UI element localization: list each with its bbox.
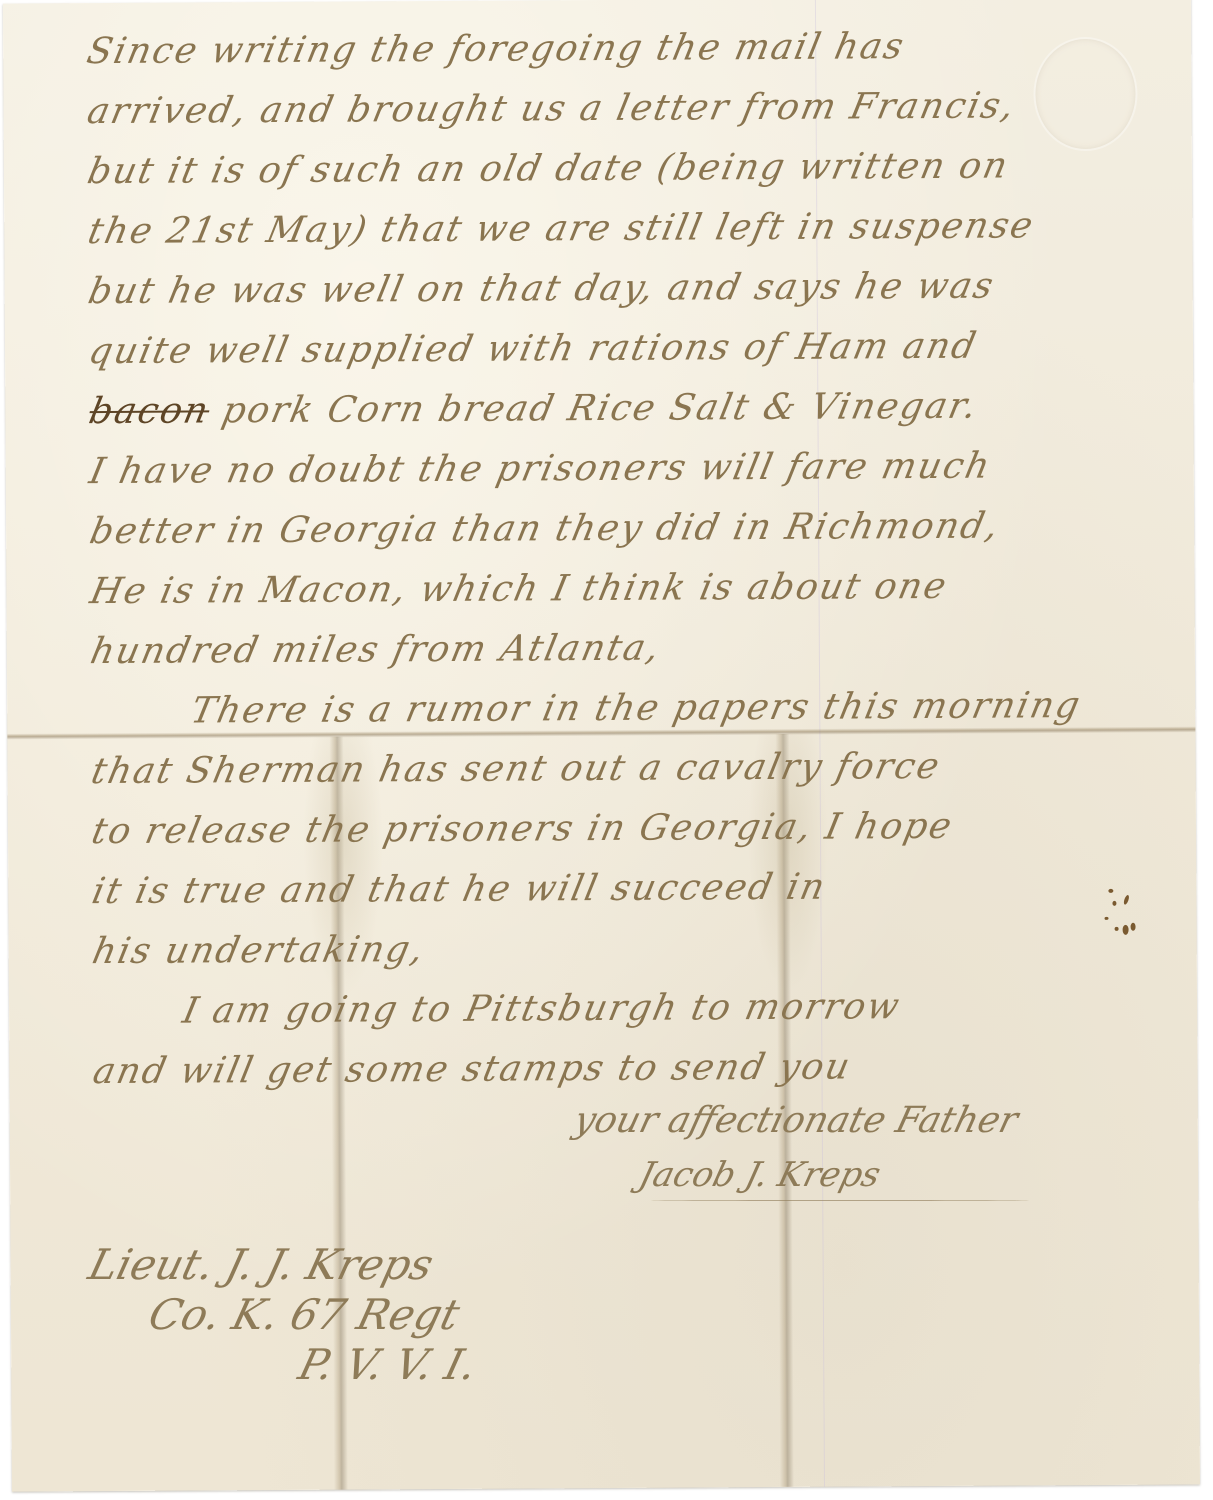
signature-flourish — [650, 1200, 1030, 1201]
letter-line-5: but he was well on that day, and says he… — [85, 266, 999, 313]
address-line-1: Lieut. J. J. Kreps — [84, 1240, 438, 1289]
letter-line-10: He is in Macon, which I think is about o… — [87, 566, 952, 612]
letter-line-12: There is a rumor in the papers this morn… — [187, 685, 1085, 731]
letter-line-6: quite well supplied with rations of Ham … — [85, 326, 981, 372]
letter-line-11: hundred miles from Atlanta, — [87, 628, 665, 673]
letter-line-2: arrived, and brought us a letter from Fr… — [84, 85, 1020, 132]
letter-line-18: and will get some stamps to send you — [90, 1046, 855, 1092]
letter-line-1: Since writing the foregoing the mail has — [83, 26, 908, 72]
embossed-seal — [1033, 37, 1138, 152]
closing: your affectionate Father — [570, 1100, 1022, 1141]
letter-line-7: bacon pork Corn bread Rice Salt & Vinega… — [86, 386, 982, 432]
struck-word: bacon — [86, 390, 214, 432]
letter-line-9: better in Georgia than they did in Richm… — [86, 506, 1003, 553]
letter-line-14: to release the prisoners in Georgia, I h… — [88, 806, 957, 852]
letter-line-3: but it is of such an old date (being wri… — [84, 145, 1013, 192]
letter-line-13: that Sherman has sent out a cavalry forc… — [88, 746, 945, 792]
address-line-2: Co. K. 67 Regt — [144, 1290, 465, 1339]
letter-line-16: his undertaking, — [89, 929, 429, 972]
signature: Jacob J. Kreps — [635, 1155, 885, 1195]
ink-blots — [1100, 887, 1160, 947]
letter-line-15: it is true and that he will succeed in — [88, 867, 830, 913]
letter-line-4: the 21st May) that we are still left in … — [84, 205, 1038, 252]
letter-line-7-text: pork Corn bread Rice Salt & Vinegar. — [219, 386, 982, 432]
letter-line-17: I am going to Pittsburgh to morrow — [179, 986, 904, 1031]
letter-line-8: I have no doubt the prisoners will fare … — [86, 446, 995, 493]
address-line-3: P. V. V. I. — [294, 1340, 482, 1389]
